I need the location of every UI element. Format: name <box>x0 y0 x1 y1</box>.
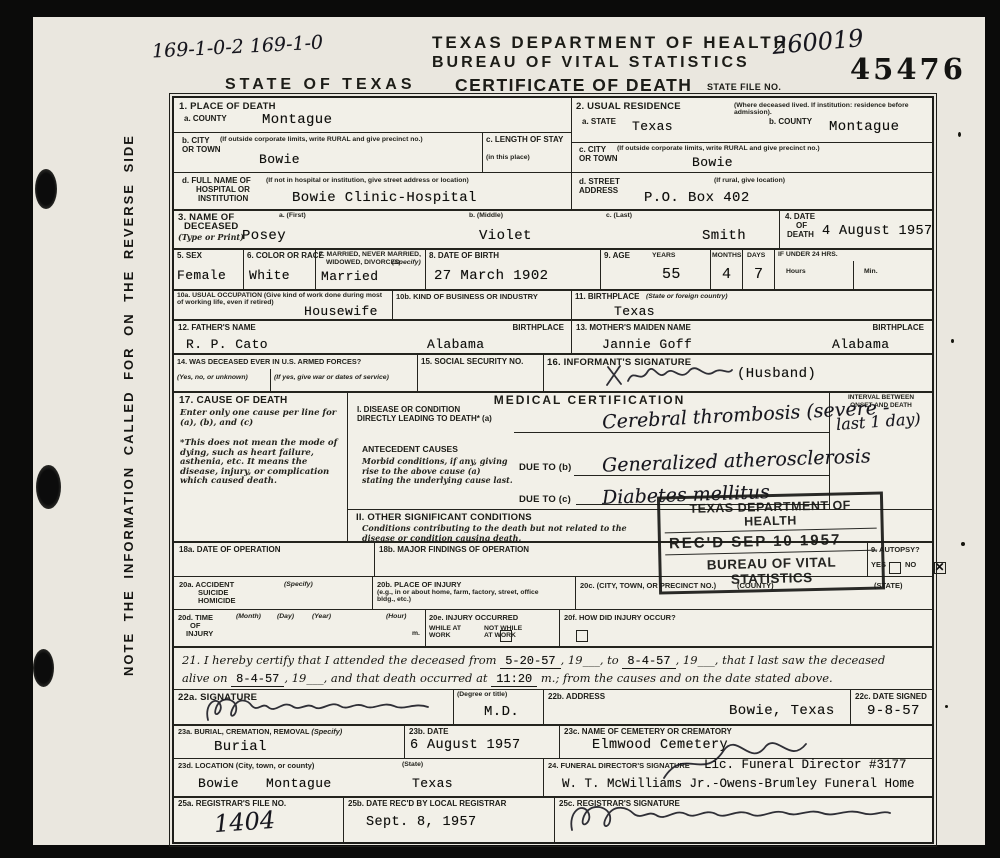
injury-occurred-label: 20e. INJURY OCCURRED <box>429 613 518 622</box>
date-of-death-value: 4 August 1957 <box>822 224 933 239</box>
dob-label: 8. DATE OF BIRTH <box>429 251 499 260</box>
divider <box>543 353 544 391</box>
first-name-value: Posey <box>242 228 286 244</box>
marital-note: (Specify) <box>392 259 421 266</box>
informant-relation-typed: (Husband) <box>737 366 816 382</box>
antecedent-causes-label: ANTECEDENT CAUSES <box>362 444 458 454</box>
certificate-number-stamp: 45476 <box>850 52 966 86</box>
state-file-no-line <box>775 93 930 94</box>
due-to-c-label: DUE TO (c) <box>519 494 571 505</box>
divider <box>374 541 375 576</box>
scan-artifact <box>958 132 961 137</box>
date-received-value: Sept. 8, 1957 <box>366 815 477 830</box>
divider <box>174 646 932 648</box>
hole-punch <box>36 465 61 509</box>
residence-county-value: Montague <box>829 119 899 135</box>
under-24-label: IF UNDER 24 HRS. <box>778 251 848 258</box>
divider <box>543 758 544 796</box>
hospital-value: Bowie Clinic-Hospital <box>292 190 477 206</box>
divider <box>174 319 932 321</box>
armed-forces-note-2: (If yes, give war or dates of service) <box>274 374 414 381</box>
divider <box>559 724 560 758</box>
divider <box>425 248 426 289</box>
father-name-label: 12. FATHER'S NAME <box>178 323 256 332</box>
autopsy-no-checkbox <box>934 562 946 574</box>
registrar-signature <box>564 800 894 836</box>
divider <box>779 209 780 248</box>
date-of-operation-label: 18a. DATE OF OPERATION <box>179 545 281 554</box>
divider <box>174 209 932 211</box>
time-of-death-value: 11:20 <box>491 672 537 687</box>
day-label: (Day) <box>277 613 294 620</box>
burial-label: 23a. BURIAL, CREMATION, REMOVAL (Specify… <box>178 727 342 736</box>
city-label: b. CITY <box>182 136 210 145</box>
length-of-stay-label: c. LENGTH OF STAY <box>486 135 570 144</box>
divider <box>710 248 711 289</box>
month-label: (Month) <box>236 613 261 620</box>
divider <box>554 796 555 842</box>
race-value: White <box>249 268 290 283</box>
hospital-note: (If not in hospital or institution, give… <box>266 177 556 184</box>
city-label-2: OR TOWN <box>182 145 221 154</box>
cause-b-handwritten: Generalized atherosclerosis <box>602 445 871 476</box>
divider <box>174 724 932 726</box>
divider <box>174 172 932 173</box>
mother-name-value: Jannie Goff <box>602 337 692 352</box>
cert-text-6: m.; from the causes and on the date stat… <box>541 671 833 685</box>
divider <box>482 132 483 172</box>
not-while-at-work-checkbox <box>576 630 588 642</box>
burial-date-value: 6 August 1957 <box>410 738 521 753</box>
hospital-label-2: HOSPITAL OR <box>196 185 250 194</box>
dob-value: 27 March 1902 <box>434 268 548 284</box>
department-heading: TEXAS DEPARTMENT OF HEALTH <box>432 33 789 53</box>
place-of-death-title: 1. PLACE OF DEATH <box>179 101 276 112</box>
burial-value: Burial <box>214 739 267 755</box>
other-significant-conditions-label: II. OTHER SIGNIFICANT CONDITIONS <box>356 512 532 523</box>
divider <box>404 724 405 758</box>
m-label: m. <box>412 630 420 637</box>
father-birthplace-label: BIRTHPLACE <box>474 323 564 332</box>
divider <box>174 289 932 291</box>
divider <box>270 369 271 391</box>
age-months-label: MONTHS <box>712 252 741 259</box>
cert-text-3: , 19___, that I last saw the deceased <box>676 653 886 667</box>
hour-label: (Hour) <box>386 613 406 620</box>
date-received-label: 25b. DATE REC'D BY LOCAL REGISTRAR <box>348 799 506 808</box>
age-years-value: 55 <box>662 266 681 283</box>
length-of-stay-note: (in this place) <box>486 154 530 161</box>
cause-of-death-note-1: Enter only one cause per line for (a), (… <box>180 409 342 428</box>
residence-state-label: a. STATE <box>582 117 616 126</box>
disease-condition-label: I. DISEASE OR CONDITION <box>357 405 460 414</box>
street-label-2: ADDRESS <box>579 186 618 195</box>
last-seen-alive-value: 8-4-57 <box>231 672 284 687</box>
birthplace-note: (State or foreign country) <box>646 293 728 300</box>
divider <box>774 248 775 289</box>
cert-text-5: , 19___, and that death occurred at <box>284 671 487 685</box>
county-label: a. COUNTY <box>184 114 227 123</box>
divider <box>392 289 393 319</box>
burial-location-note: (City, town, or county) <box>236 761 315 770</box>
residence-city-value: Bowie <box>692 155 733 170</box>
age-days-label: DAYS <box>747 252 765 259</box>
attended-from-value: 5-20-57 <box>500 654 560 669</box>
physician-signature <box>202 694 442 724</box>
divider <box>850 689 851 724</box>
age-label: 9. AGE <box>604 251 630 260</box>
place-of-injury-note: (e.g., in or about home, farm, factory, … <box>377 589 547 603</box>
state-file-no-label: STATE FILE NO. <box>707 82 781 92</box>
how-did-injury-occur-label: 20f. HOW DID INJURY OCCUR? <box>564 613 676 622</box>
place-of-injury-label: 20b. PLACE OF INJURY <box>377 580 461 589</box>
divider <box>343 796 344 842</box>
date-of-death-label-2: OF <box>796 221 807 230</box>
usual-residence-title: 2. USUAL RESIDENCE <box>576 101 681 112</box>
usual-residence-note: (Where deceased lived. If institution: r… <box>734 102 929 116</box>
hours-label: Hours <box>786 268 806 275</box>
attended-to-value: 8-4-57 <box>622 654 675 669</box>
ssn-label: 15. SOCIAL SECURITY NO. <box>421 357 523 366</box>
margin-note-vertical: NOTE THE INFORMATION CALLED FOR ON THE R… <box>121 105 136 705</box>
divider <box>559 609 560 646</box>
physician-address-label: 22b. ADDRESS <box>548 692 605 701</box>
major-findings-label: 18b. MAJOR FINDINGS OF OPERATION <box>379 545 529 554</box>
scan-artifact <box>945 705 948 708</box>
middle-name-value: Violet <box>479 228 532 244</box>
occupation-label-text: 10a. USUAL OCCUPATION <box>177 292 262 299</box>
age-days-value: 7 <box>754 266 763 283</box>
armed-forces-note-1: (Yes, no, or unknown) <box>177 374 267 381</box>
first-name-label: a. (First) <box>279 212 306 219</box>
residence-city-note: (If outside corporate limits, write RURA… <box>617 145 917 152</box>
burial-location-label-text: 23d. LOCATION <box>178 761 234 770</box>
divider <box>571 289 572 319</box>
marital-value: Married <box>321 269 378 284</box>
age-years-label: YEARS <box>652 252 675 259</box>
divider <box>174 353 932 355</box>
divider <box>571 319 572 353</box>
divider <box>174 248 932 250</box>
cause-a-line <box>514 432 829 433</box>
occupation-value: Housewife <box>304 304 378 319</box>
scan-artifact <box>951 339 954 343</box>
hospital-label: d. FULL NAME OF <box>182 176 251 185</box>
certificate-form: 1. PLACE OF DEATH a. COUNTY Montague b. … <box>172 96 934 844</box>
hospital-label-3: INSTITUTION <box>198 194 248 203</box>
hole-punch <box>35 169 57 209</box>
date-signed-value: 9-8-57 <box>867 703 920 719</box>
cause-of-death-label: 17. CAUSE OF DEATH <box>179 395 287 406</box>
marital-label: 7. MARRIED, NEVER MARRIED, <box>319 251 421 258</box>
divider <box>853 261 854 289</box>
date-of-death-label-3: DEATH <box>787 230 814 239</box>
divider <box>417 353 418 391</box>
degree-value: M.D. <box>484 704 519 720</box>
divider <box>174 609 932 610</box>
bureau-heading: BUREAU OF VITAL STATISTICS <box>432 54 750 72</box>
mother-name-label: 13. MOTHER'S MAIDEN NAME <box>576 323 691 332</box>
mother-birthplace-value: Alabama <box>832 337 889 352</box>
divider <box>174 132 571 133</box>
homicide-label: HOMICIDE <box>198 596 236 605</box>
age-months-value: 4 <box>722 266 731 283</box>
divider <box>600 248 601 289</box>
certification-statement: 21. I hereby certify that I attended the… <box>182 651 926 687</box>
father-birthplace-value: Alabama <box>427 337 484 352</box>
last-name-value: Smith <box>702 228 746 244</box>
residence-city-label-2: OR TOWN <box>579 154 618 163</box>
hole-punch <box>33 649 54 687</box>
autopsy-yes-checkbox <box>889 562 901 574</box>
registrar-file-no-value: 1404 <box>213 806 276 838</box>
street-label: d. STREET <box>579 177 620 186</box>
funeral-director-signature <box>654 738 824 782</box>
min-label: Min. <box>864 268 878 275</box>
scan-artifact <box>961 542 965 546</box>
city-value: Bowie <box>259 152 300 167</box>
accident-note: (Specify) <box>284 581 313 588</box>
name-label-2: DECEASED <box>184 221 238 232</box>
certificate-title: CERTIFICATE OF DEATH <box>455 75 692 96</box>
birthplace-label: 11. BIRTHPLACE <box>575 292 639 301</box>
burial-state-value: Texas <box>412 776 453 791</box>
stamp-line-3: BUREAU OF VITAL STATISTICS <box>665 551 878 590</box>
autopsy-no-label: NO <box>905 560 916 569</box>
middle-name-label: b. (Middle) <box>469 212 503 219</box>
sex-label: 5. SEX <box>177 251 202 260</box>
residence-state-value: Texas <box>632 119 673 134</box>
burial-county-value: Montague <box>266 776 332 791</box>
disease-condition-label-2: DIRECTLY LEADING TO DEATH* (a) <box>357 414 492 423</box>
divider <box>425 609 426 646</box>
cert-text-1: 21. I hereby certify that I attended the… <box>182 653 497 667</box>
divider <box>243 248 244 289</box>
divider <box>453 689 454 724</box>
informant-signature <box>604 361 734 391</box>
residence-county-label: b. COUNTY <box>769 117 812 126</box>
other-significant-conditions-note: Conditions contributing to the death but… <box>362 524 627 543</box>
state-heading: STATE OF TEXAS <box>225 76 416 94</box>
year-label: (Year) <box>312 613 331 620</box>
not-while-at-work-label: NOT WHILE AT WORK <box>484 625 524 639</box>
received-stamp: TEXAS DEPARTMENT OF HEALTH REC'D SEP 10 … <box>657 491 885 594</box>
antecedent-note: Morbid conditions, if any, giving rise t… <box>362 457 514 486</box>
burial-note: (Specify) <box>311 727 342 736</box>
name-label-3: (Type or Print) <box>178 233 244 243</box>
cemetery-label: 23c. NAME OF CEMETERY OR CREMATORY <box>564 727 732 736</box>
divider <box>571 142 932 143</box>
cert-text-2: , 19___, to <box>561 653 619 667</box>
due-to-b-label: DUE TO (b) <box>519 462 572 473</box>
burial-label-text: 23a. BURIAL, CREMATION, REMOVAL <box>178 727 309 736</box>
divider <box>575 576 576 609</box>
divider <box>347 391 348 541</box>
date-signed-label: 22c. DATE SIGNED <box>855 692 927 701</box>
marital-label-2: WIDOWED, DIVORCED <box>326 259 400 266</box>
divider <box>174 796 932 798</box>
time-of-injury-label-3: INJURY <box>186 629 213 638</box>
burial-city-value: Bowie <box>198 776 239 791</box>
divider <box>543 689 544 724</box>
race-label: 6. COLOR OR RACE <box>247 251 324 260</box>
armed-forces-label: 14. WAS DECEASED EVER IN U.S. ARMED FORC… <box>177 357 415 366</box>
degree-or-title-label: (Degree or title) <box>457 691 507 698</box>
last-name-label: c. (Last) <box>606 212 632 219</box>
divider <box>174 689 932 690</box>
street-note: (If rural, give location) <box>714 177 785 184</box>
physician-address-value: Bowie, Texas <box>729 703 835 719</box>
sex-value: Female <box>177 268 226 283</box>
divider <box>742 248 743 289</box>
mother-birthplace-label: BIRTHPLACE <box>814 323 924 332</box>
residence-city-label: c. CITY <box>579 145 606 154</box>
while-at-work-label: WHILE AT WORK <box>429 625 463 639</box>
divider <box>372 576 373 609</box>
burial-location-label: 23d. LOCATION (City, town, or county) <box>178 761 314 770</box>
burial-date-label: 23b. DATE <box>409 727 448 736</box>
cert-text-4: alive on <box>182 671 228 685</box>
county-value: Montague <box>262 112 332 128</box>
cause-of-death-note-2: *This does not mean the mode of dying, s… <box>180 439 342 487</box>
industry-label: 10b. KIND OF BUSINESS OR INDUSTRY <box>396 292 568 301</box>
city-note: (If outside corporate limits, write RURA… <box>220 136 478 143</box>
burial-location-state-note: (State) <box>402 761 423 768</box>
stamp-line-1: TEXAS DEPARTMENT OF HEALTH <box>664 497 877 534</box>
father-name-value: R. P. Cato <box>186 337 268 352</box>
divider <box>571 98 572 209</box>
birthplace-value: Texas <box>614 304 655 319</box>
date-of-death-label: 4. DATE <box>785 212 815 221</box>
street-value: P.O. Box 402 <box>644 190 750 206</box>
